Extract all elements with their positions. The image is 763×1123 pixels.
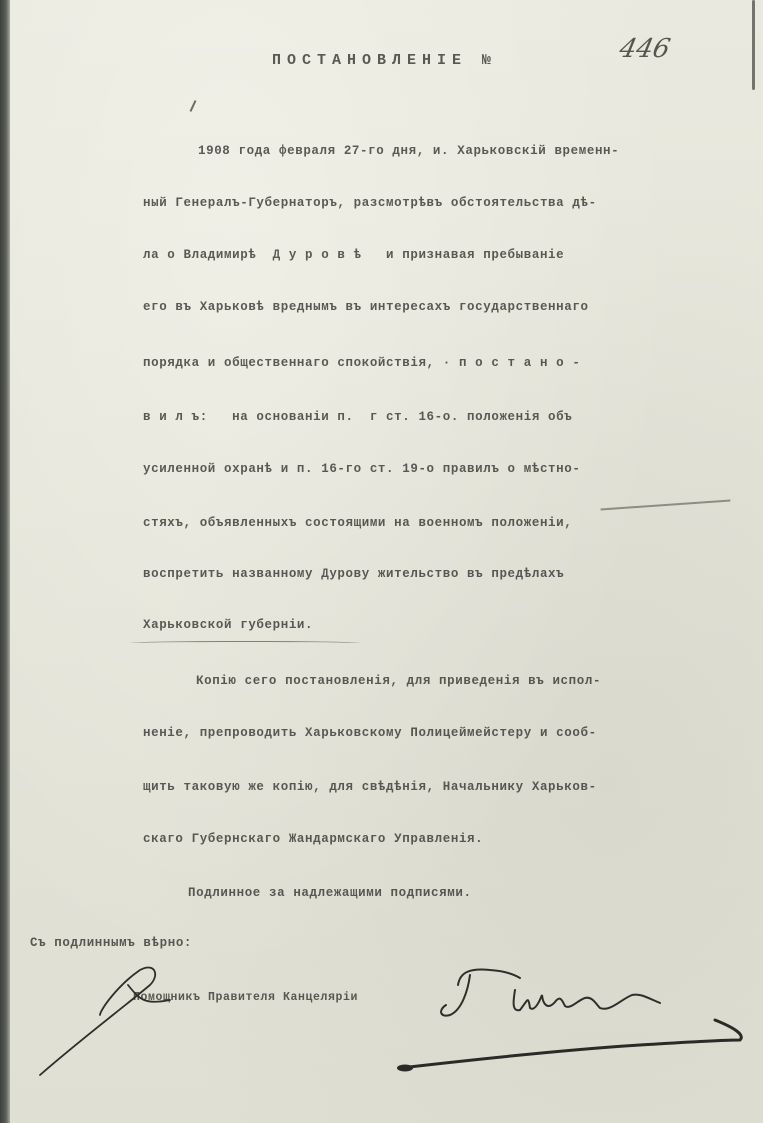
signature-icon xyxy=(0,0,763,1123)
